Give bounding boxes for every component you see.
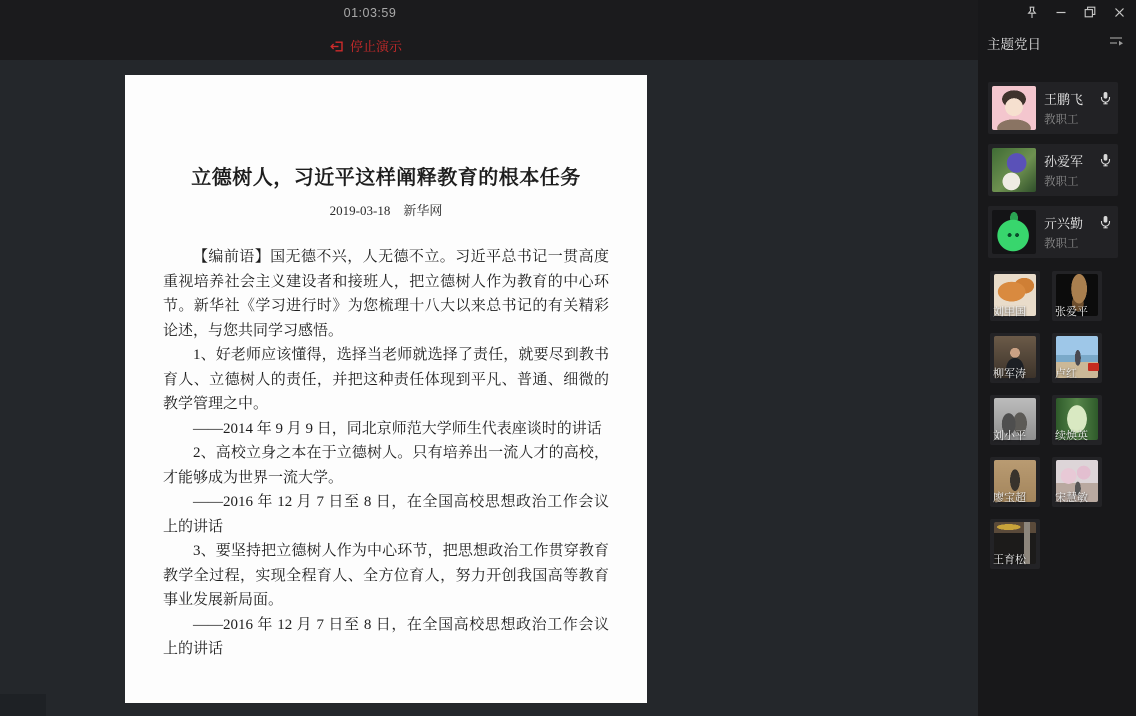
document-paragraph: 2、高校立身之本在于立德树人。只有培养出一流人才的高校，才能够成为世界一流大学。 <box>163 441 609 490</box>
participant-name: 柳军涛 <box>993 365 1026 381</box>
microphone-icon[interactable] <box>1100 215 1111 234</box>
top-bar: 01:03:59 停止演示 <box>0 0 1136 60</box>
participant-tile[interactable]: 孙爱军 教职工 <box>988 144 1118 196</box>
document-paragraph: ——2016 年 12 月 7 日至 8 日，在全国高校思想政治工作会议上的讲话 <box>163 490 609 539</box>
restore-window-icon[interactable] <box>1083 5 1097 19</box>
participant-tile[interactable]: 刘甲国 <box>990 271 1040 321</box>
participant-tile[interactable]: 亓兴勤 教职工 <box>988 206 1118 258</box>
microphone-icon[interactable] <box>1100 91 1111 110</box>
close-icon[interactable] <box>1112 5 1126 19</box>
participant-tile[interactable]: 张爱平 <box>1052 271 1102 321</box>
pin-window-icon[interactable] <box>1025 5 1039 19</box>
bottom-left-toolbar-remnant <box>0 694 46 716</box>
participant-meta: 孙爱军 教职工 <box>1044 151 1083 189</box>
participant-tile[interactable]: 宋慧敏 <box>1052 457 1102 507</box>
participant-tile[interactable]: 廖宝超 <box>990 457 1040 507</box>
participant-name: 亓兴勤 <box>1044 213 1083 232</box>
document-title: 立德树人，习近平这样阐释教育的根本任务 <box>163 165 609 191</box>
sidebar-header: 主题党日 <box>978 32 1136 54</box>
participant-name: 续焕英 <box>1055 427 1088 443</box>
avatar <box>992 86 1036 130</box>
collapse-list-icon[interactable] <box>1109 34 1124 52</box>
document-paragraph: 3、要坚持把立德树人作为中心环节，把思想政治工作贯穿教育教学全过程，实现全程育人… <box>163 539 609 613</box>
participant-name: 王鹏飞 <box>1044 89 1083 108</box>
participant-meta: 亓兴勤 教职工 <box>1044 213 1083 251</box>
participant-name: 廖宝超 <box>993 489 1026 505</box>
participant-list: 王鹏飞 教职工 孙爱军 教职工 <box>978 82 1136 268</box>
participant-tile[interactable]: 王鹏飞 教职工 <box>988 82 1118 134</box>
document-paragraph: ——2014 年 9 月 9 日，同北京师范大学师生代表座谈时的讲话 <box>163 417 609 442</box>
meeting-timer: 01:03:59 <box>320 6 420 20</box>
document-paragraph: ——2016 年 12 月 7 日至 8 日，在全国高校思想政治工作会议上的讲话 <box>163 613 609 662</box>
meeting-title: 主题党日 <box>987 33 1041 53</box>
china-flag-icon <box>1088 363 1099 371</box>
participant-name: 王育松 <box>993 551 1026 567</box>
participant-name: 张爱平 <box>1055 303 1088 319</box>
participant-tile[interactable]: 王育松 <box>990 519 1040 569</box>
participant-role: 教职工 <box>1044 235 1083 251</box>
participant-name: 卢红 <box>1055 365 1077 381</box>
document-paragraph: 【编前语】国无德不兴，人无德不立。习近平总书记一贯高度重视培养社会主义建设者和接… <box>163 245 609 343</box>
document-subtitle: 2019-03-18 新华网 <box>163 200 609 219</box>
exit-presentation-icon <box>330 39 344 53</box>
document-paragraph: 1、好老师应该懂得，选择当老师就选择了责任，就要尽到教书育人、立德树人的责任，并… <box>163 343 609 417</box>
participant-tile[interactable]: 柳军涛 <box>990 333 1040 383</box>
participant-role: 教职工 <box>1044 111 1083 127</box>
participant-tile[interactable]: 续焕英 <box>1052 395 1102 445</box>
window-controls <box>978 3 1136 21</box>
participants-sidebar: 主题党日 王鹏飞 教职工 <box>978 0 1136 716</box>
participant-meta: 王鹏飞 教职工 <box>1044 89 1083 127</box>
stop-presenting-label: 停止演示 <box>350 36 402 55</box>
document-body: 【编前语】国无德不兴，人无德不立。习近平总书记一贯高度重视培养社会主义建设者和接… <box>163 245 609 662</box>
shared-document-page: 立德树人，习近平这样阐释教育的根本任务 2019-03-18 新华网 【编前语】… <box>125 75 647 703</box>
participant-role: 教职工 <box>1044 173 1083 189</box>
participant-name: 孙爱军 <box>1044 151 1083 170</box>
participant-name: 刘甲国 <box>993 303 1026 319</box>
avatar <box>992 210 1036 254</box>
participant-tile[interactable]: 卢红 <box>1052 333 1102 383</box>
microphone-icon[interactable] <box>1100 153 1111 172</box>
participant-tile[interactable]: 刘小平 <box>990 395 1040 445</box>
stop-presenting-button[interactable]: 停止演示 <box>330 36 402 55</box>
minimize-icon[interactable] <box>1054 5 1068 19</box>
avatar <box>992 148 1036 192</box>
participant-name: 宋慧敏 <box>1055 489 1088 505</box>
participant-name: 刘小平 <box>993 427 1026 443</box>
